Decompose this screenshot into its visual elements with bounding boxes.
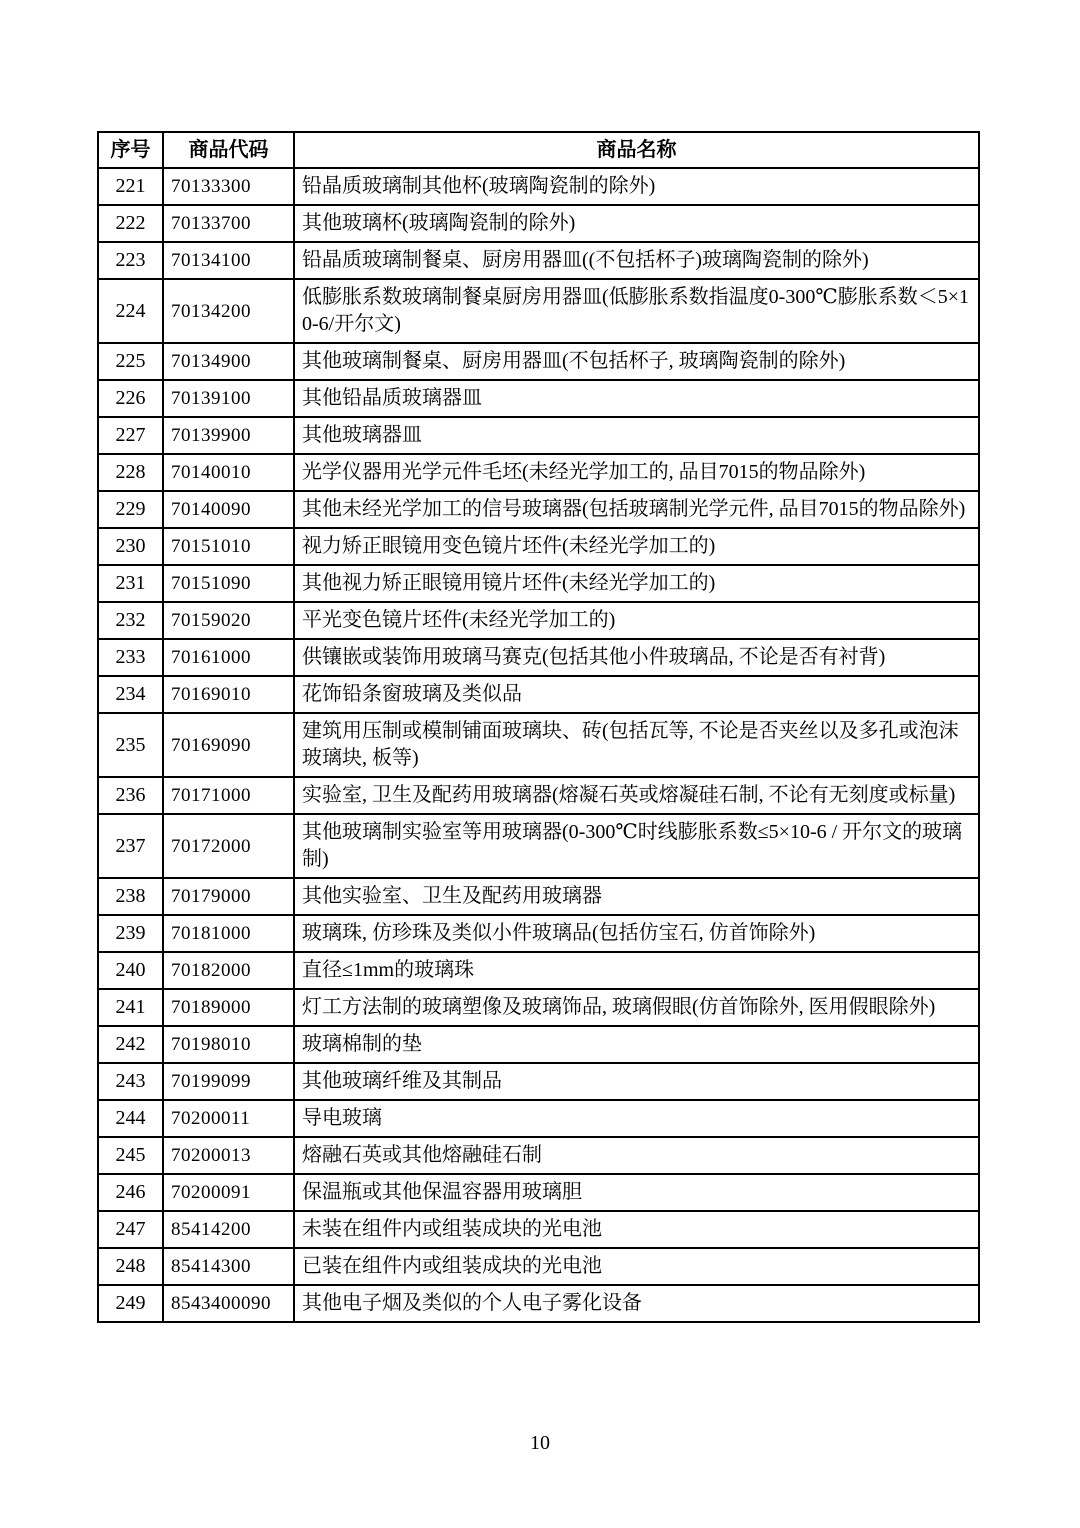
cell-commodity-name: 铅晶质玻璃制其他杯(玻璃陶瓷制的除外)	[294, 168, 979, 205]
cell-commodity-code: 70179000	[163, 878, 294, 915]
cell-serial-number: 244	[98, 1100, 163, 1137]
cell-commodity-name: 玻璃珠, 仿珍珠及类似小件玻璃品(包括仿宝石, 仿首饰除外)	[294, 915, 979, 952]
cell-commodity-name: 其他铅晶质玻璃器皿	[294, 380, 979, 417]
cell-commodity-name: 保温瓶或其他保温容器用玻璃胆	[294, 1174, 979, 1211]
table-row: 23670171000实验室, 卫生及配药用玻璃器(熔凝石英或熔凝硅石制, 不论…	[98, 777, 979, 814]
document-page: 序号 商品代码 商品名称 22170133300铅晶质玻璃制其他杯(玻璃陶瓷制的…	[0, 0, 1080, 1528]
table-row: 24885414300已装在组件内或组装成块的光电池	[98, 1248, 979, 1285]
cell-commodity-code: 70198010	[163, 1026, 294, 1063]
table-row: 22870140010光学仪器用光学元件毛坯(未经光学加工的, 品目7015的物…	[98, 454, 979, 491]
cell-commodity-name: 实验室, 卫生及配药用玻璃器(熔凝石英或熔凝硅石制, 不论有无刻度或标量)	[294, 777, 979, 814]
cell-serial-number: 236	[98, 777, 163, 814]
cell-commodity-name: 铅晶质玻璃制餐桌、厨房用器皿((不包括杯子)玻璃陶瓷制的除外)	[294, 242, 979, 279]
table-row: 24670200091保温瓶或其他保温容器用玻璃胆	[98, 1174, 979, 1211]
cell-commodity-code: 70140010	[163, 454, 294, 491]
cell-commodity-code: 70199099	[163, 1063, 294, 1100]
cell-commodity-code: 70169090	[163, 713, 294, 777]
cell-serial-number: 224	[98, 279, 163, 343]
table-row: 22270133700其他玻璃杯(玻璃陶瓷制的除外)	[98, 205, 979, 242]
table-row: 22570134900其他玻璃制餐桌、厨房用器皿(不包括杯子, 玻璃陶瓷制的除外…	[98, 343, 979, 380]
cell-serial-number: 233	[98, 639, 163, 676]
table-row: 24170189000灯工方法制的玻璃塑像及玻璃饰品, 玻璃假眼(仿首饰除外, …	[98, 989, 979, 1026]
cell-commodity-code: 70200011	[163, 1100, 294, 1137]
cell-commodity-code: 70139900	[163, 417, 294, 454]
cell-commodity-code: 70161000	[163, 639, 294, 676]
cell-commodity-code: 70200013	[163, 1137, 294, 1174]
table-row: 24070182000直径≤1mm的玻璃珠	[98, 952, 979, 989]
cell-serial-number: 245	[98, 1137, 163, 1174]
cell-serial-number: 222	[98, 205, 163, 242]
cell-serial-number: 246	[98, 1174, 163, 1211]
cell-serial-number: 240	[98, 952, 163, 989]
cell-commodity-code: 70139100	[163, 380, 294, 417]
cell-serial-number: 247	[98, 1211, 163, 1248]
cell-commodity-name: 其他玻璃纤维及其制品	[294, 1063, 979, 1100]
cell-serial-number: 242	[98, 1026, 163, 1063]
table-row: 24570200013熔融石英或其他熔融硅石制	[98, 1137, 979, 1174]
cell-commodity-name: 花饰铅条窗玻璃及类似品	[294, 676, 979, 713]
cell-commodity-name: 熔融石英或其他熔融硅石制	[294, 1137, 979, 1174]
cell-serial-number: 227	[98, 417, 163, 454]
cell-commodity-name: 其他玻璃器皿	[294, 417, 979, 454]
table-row: 24270198010玻璃棉制的垫	[98, 1026, 979, 1063]
cell-serial-number: 248	[98, 1248, 163, 1285]
cell-commodity-name: 其他玻璃制餐桌、厨房用器皿(不包括杯子, 玻璃陶瓷制的除外)	[294, 343, 979, 380]
table-row: 23370161000供镶嵌或装饰用玻璃马赛克(包括其他小件玻璃品, 不论是否有…	[98, 639, 979, 676]
table-row: 22970140090其他未经光学加工的信号玻璃器(包括玻璃制光学元件, 品目7…	[98, 491, 979, 528]
cell-commodity-name: 直径≤1mm的玻璃珠	[294, 952, 979, 989]
cell-commodity-name: 其他实验室、卫生及配药用玻璃器	[294, 878, 979, 915]
table-row: 23270159020平光变色镜片坯件(未经光学加工的)	[98, 602, 979, 639]
cell-commodity-code: 85414200	[163, 1211, 294, 1248]
table-row: 23970181000玻璃珠, 仿珍珠及类似小件玻璃品(包括仿宝石, 仿首饰除外…	[98, 915, 979, 952]
cell-commodity-code: 70169010	[163, 676, 294, 713]
header-commodity-code: 商品代码	[163, 132, 294, 168]
cell-serial-number: 239	[98, 915, 163, 952]
cell-commodity-code: 70151090	[163, 565, 294, 602]
cell-commodity-name: 光学仪器用光学元件毛坯(未经光学加工的, 品目7015的物品除外)	[294, 454, 979, 491]
table-row: 23070151010视力矫正眼镜用变色镜片坯件(未经光学加工的)	[98, 528, 979, 565]
cell-serial-number: 223	[98, 242, 163, 279]
cell-serial-number: 235	[98, 713, 163, 777]
commodity-table: 序号 商品代码 商品名称 22170133300铅晶质玻璃制其他杯(玻璃陶瓷制的…	[97, 131, 980, 1323]
cell-serial-number: 249	[98, 1285, 163, 1322]
cell-commodity-name: 导电玻璃	[294, 1100, 979, 1137]
table-row: 23170151090其他视力矫正眼镜用镜片坯件(未经光学加工的)	[98, 565, 979, 602]
cell-commodity-name: 灯工方法制的玻璃塑像及玻璃饰品, 玻璃假眼(仿首饰除外, 医用假眼除外)	[294, 989, 979, 1026]
cell-commodity-code: 70200091	[163, 1174, 294, 1211]
table-header-row: 序号 商品代码 商品名称	[98, 132, 979, 168]
table-row: 22170133300铅晶质玻璃制其他杯(玻璃陶瓷制的除外)	[98, 168, 979, 205]
table-row: 23470169010花饰铅条窗玻璃及类似品	[98, 676, 979, 713]
cell-commodity-name: 平光变色镜片坯件(未经光学加工的)	[294, 602, 979, 639]
table-row: 22770139900其他玻璃器皿	[98, 417, 979, 454]
cell-commodity-code: 70151010	[163, 528, 294, 565]
cell-commodity-name: 其他玻璃制实验室等用玻璃器(0-300℃时线膨胀系数≤5×10-6 / 开尔文的…	[294, 814, 979, 878]
cell-serial-number: 237	[98, 814, 163, 878]
table-row: 2498543400090其他电子烟及类似的个人电子雾化设备	[98, 1285, 979, 1322]
cell-serial-number: 243	[98, 1063, 163, 1100]
cell-commodity-code: 70140090	[163, 491, 294, 528]
cell-commodity-code: 70182000	[163, 952, 294, 989]
cell-commodity-code: 70133300	[163, 168, 294, 205]
table-row: 24470200011导电玻璃	[98, 1100, 979, 1137]
cell-serial-number: 234	[98, 676, 163, 713]
cell-serial-number: 241	[98, 989, 163, 1026]
cell-commodity-code: 70181000	[163, 915, 294, 952]
cell-commodity-name: 其他玻璃杯(玻璃陶瓷制的除外)	[294, 205, 979, 242]
cell-commodity-code: 70171000	[163, 777, 294, 814]
cell-commodity-code: 70133700	[163, 205, 294, 242]
cell-commodity-code: 70172000	[163, 814, 294, 878]
table-row: 23870179000其他实验室、卫生及配药用玻璃器	[98, 878, 979, 915]
cell-commodity-name: 供镶嵌或装饰用玻璃马赛克(包括其他小件玻璃品, 不论是否有衬背)	[294, 639, 979, 676]
table-row: 22370134100铅晶质玻璃制餐桌、厨房用器皿((不包括杯子)玻璃陶瓷制的除…	[98, 242, 979, 279]
table-row: 23570169090建筑用压制或模制铺面玻璃块、砖(包括瓦等, 不论是否夹丝以…	[98, 713, 979, 777]
table-row: 22470134200低膨胀系数玻璃制餐桌厨房用器皿(低膨胀系数指温度0-300…	[98, 279, 979, 343]
header-commodity-name: 商品名称	[294, 132, 979, 168]
cell-commodity-name: 已装在组件内或组装成块的光电池	[294, 1248, 979, 1285]
cell-commodity-name: 未装在组件内或组装成块的光电池	[294, 1211, 979, 1248]
cell-commodity-code: 8543400090	[163, 1285, 294, 1322]
table-row: 22670139100其他铅晶质玻璃器皿	[98, 380, 979, 417]
cell-commodity-name: 建筑用压制或模制铺面玻璃块、砖(包括瓦等, 不论是否夹丝以及多孔或泡沫玻璃块, …	[294, 713, 979, 777]
cell-commodity-code: 85414300	[163, 1248, 294, 1285]
cell-serial-number: 225	[98, 343, 163, 380]
cell-commodity-name: 其他电子烟及类似的个人电子雾化设备	[294, 1285, 979, 1322]
table-row: 24370199099其他玻璃纤维及其制品	[98, 1063, 979, 1100]
page-number: 10	[0, 1432, 1080, 1455]
cell-serial-number: 231	[98, 565, 163, 602]
cell-commodity-name: 其他视力矫正眼镜用镜片坯件(未经光学加工的)	[294, 565, 979, 602]
cell-commodity-name: 低膨胀系数玻璃制餐桌厨房用器皿(低膨胀系数指温度0-300℃膨胀系数＜5×10-…	[294, 279, 979, 343]
cell-commodity-name: 玻璃棉制的垫	[294, 1026, 979, 1063]
cell-commodity-code: 70134900	[163, 343, 294, 380]
header-serial-number: 序号	[98, 132, 163, 168]
cell-serial-number: 226	[98, 380, 163, 417]
cell-serial-number: 228	[98, 454, 163, 491]
cell-serial-number: 238	[98, 878, 163, 915]
table-row: 24785414200未装在组件内或组装成块的光电池	[98, 1211, 979, 1248]
cell-commodity-code: 70189000	[163, 989, 294, 1026]
cell-serial-number: 221	[98, 168, 163, 205]
cell-serial-number: 232	[98, 602, 163, 639]
table-body: 22170133300铅晶质玻璃制其他杯(玻璃陶瓷制的除外)2227013370…	[98, 168, 979, 1322]
table-row: 23770172000其他玻璃制实验室等用玻璃器(0-300℃时线膨胀系数≤5×…	[98, 814, 979, 878]
cell-serial-number: 229	[98, 491, 163, 528]
cell-commodity-code: 70134100	[163, 242, 294, 279]
cell-commodity-name: 其他未经光学加工的信号玻璃器(包括玻璃制光学元件, 品目7015的物品除外)	[294, 491, 979, 528]
cell-commodity-code: 70134200	[163, 279, 294, 343]
cell-commodity-code: 70159020	[163, 602, 294, 639]
cell-serial-number: 230	[98, 528, 163, 565]
cell-commodity-name: 视力矫正眼镜用变色镜片坯件(未经光学加工的)	[294, 528, 979, 565]
